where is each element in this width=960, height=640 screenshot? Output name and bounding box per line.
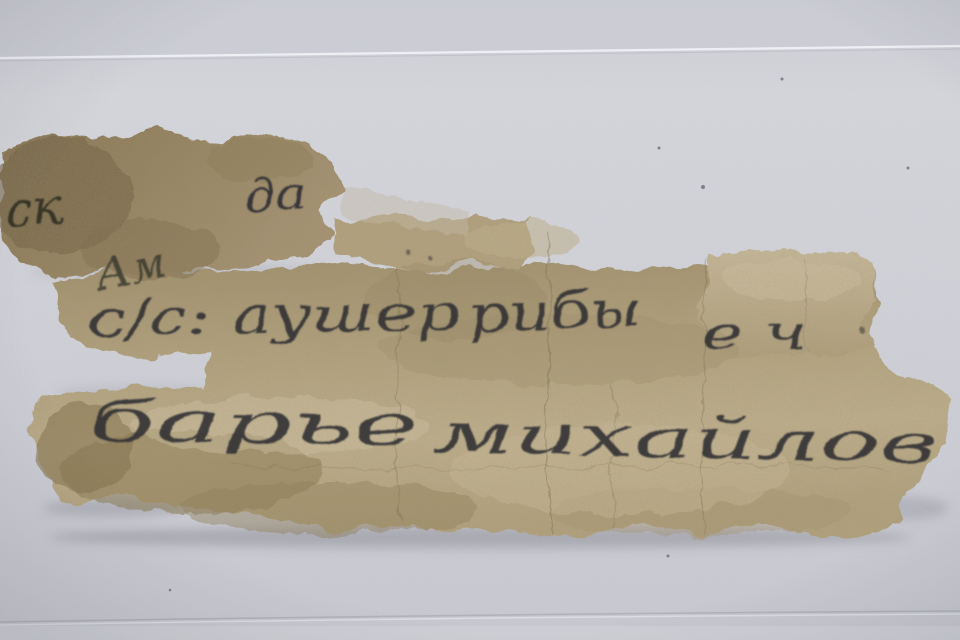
- photo: ск да Ам с/с: аушер рибы е ч барье михай…: [0, 0, 960, 640]
- photo-canvas: ск да Ам с/с: аушер рибы е ч барье михай…: [0, 0, 960, 640]
- photo-vignette: [0, 0, 960, 640]
